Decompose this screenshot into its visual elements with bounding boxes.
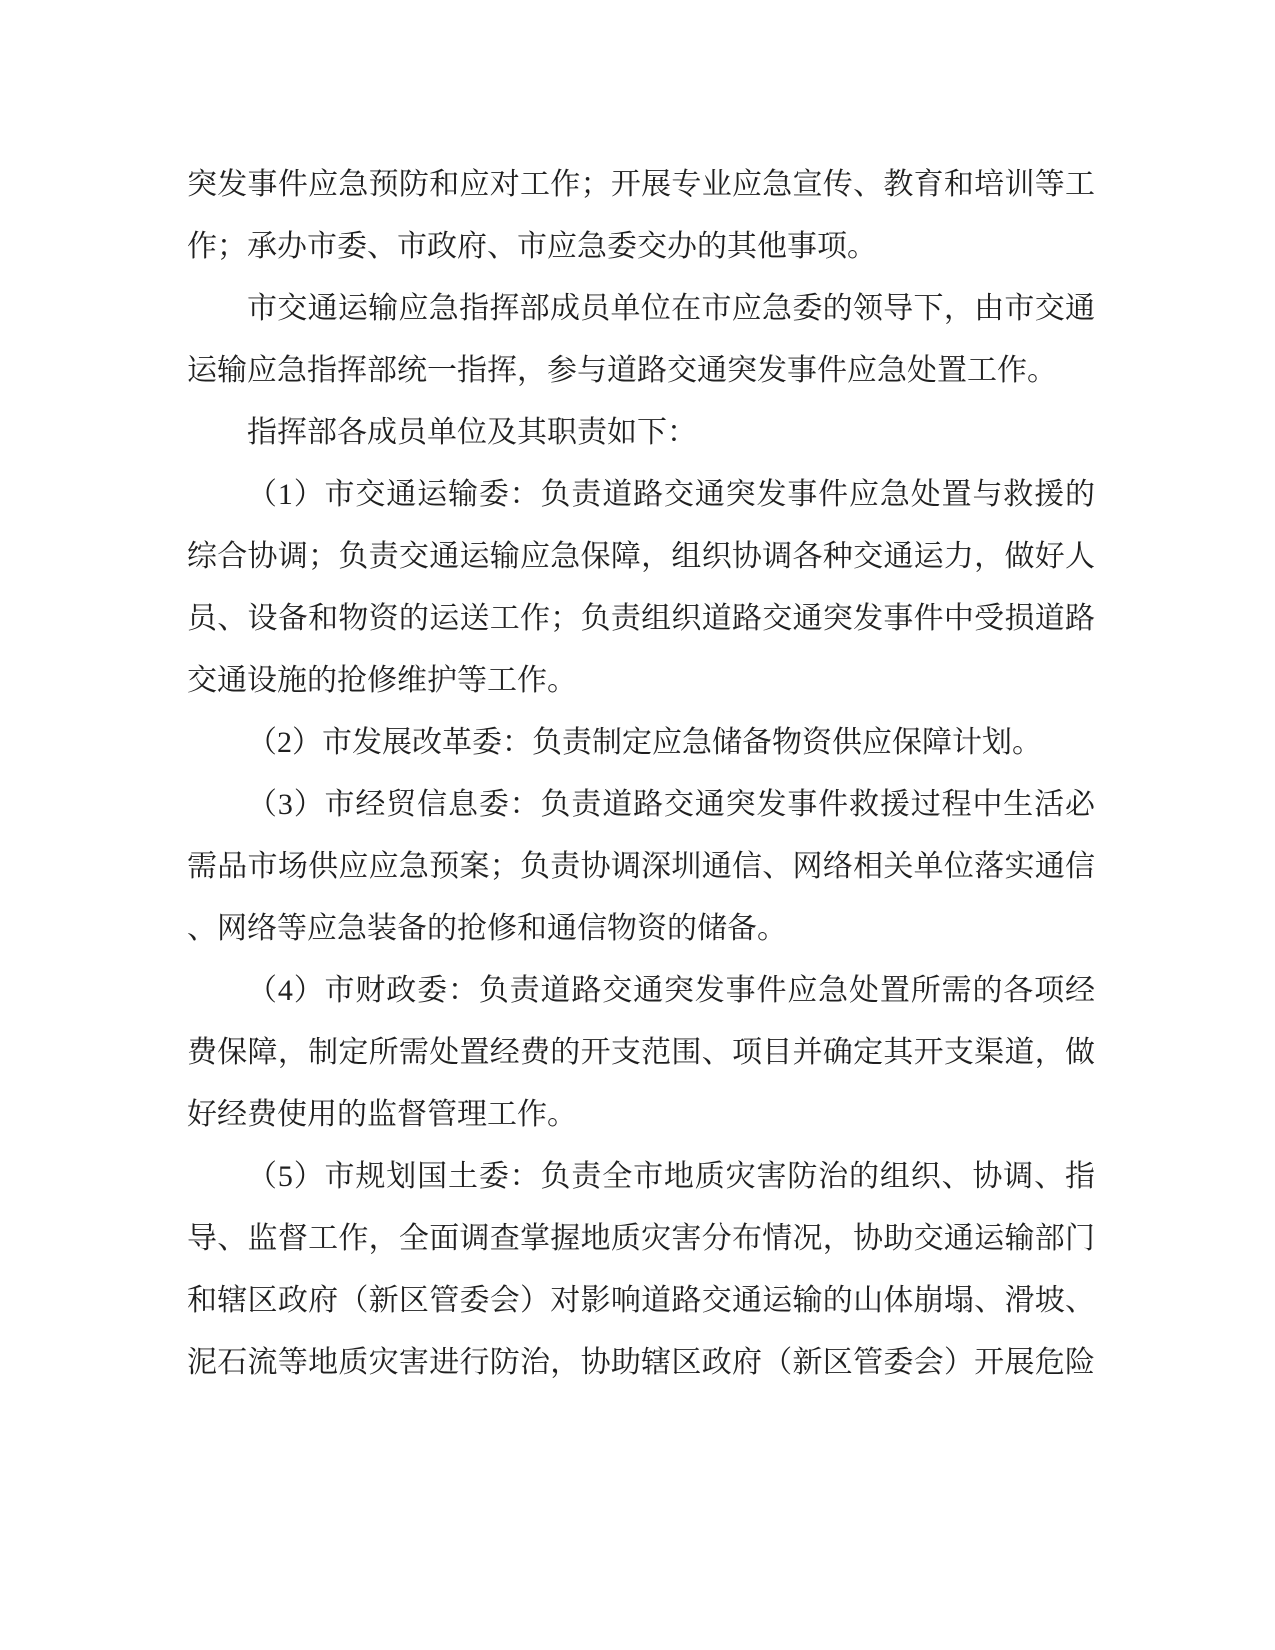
- paragraph-item-3: （3）市经贸信息委：负责道路交通突发事件救援过程中生活必 需品市场供应应急预案；…: [187, 774, 1095, 960]
- text-line: （2）市发展改革委：负责制定应急储备物资供应保障计划。: [187, 712, 1095, 774]
- text-line: 和辖区政府（新区管委会）对影响道路交通运输的山体崩塌、滑坡、: [187, 1270, 1095, 1332]
- text-line: 需品市场供应应急预案；负责协调深圳通信、网络相关单位落实通信: [187, 836, 1095, 898]
- text-line: （5）市规划国土委：负责全市地质灾害防治的组织、协调、指: [187, 1146, 1095, 1208]
- text-line: 泥石流等地质灾害进行防治，协助辖区政府（新区管委会）开展危险: [187, 1332, 1095, 1394]
- paragraph-item-4: （4）市财政委：负责道路交通突发事件应急处置所需的各项经 费保障，制定所需处置经…: [187, 960, 1095, 1146]
- text-line: 员、设备和物资的运送工作；负责组织道路交通突发事件中受损道路: [187, 588, 1095, 650]
- text-line: 运输应急指挥部统一指挥，参与道路交通突发事件应急处置工作。: [187, 340, 1095, 402]
- text-line: （1）市交通运输委：负责道路交通突发事件应急处置与救援的: [187, 464, 1095, 526]
- text-line: 市交通运输应急指挥部成员单位在市应急委的领导下，由市交通: [187, 278, 1095, 340]
- text-line: 指挥部各成员单位及其职责如下：: [187, 402, 1095, 464]
- paragraph: 市交通运输应急指挥部成员单位在市应急委的领导下，由市交通 运输应急指挥部统一指挥…: [187, 278, 1095, 402]
- text-line: （3）市经贸信息委：负责道路交通突发事件救援过程中生活必: [187, 774, 1095, 836]
- paragraph: 指挥部各成员单位及其职责如下：: [187, 402, 1095, 464]
- text-line: 导、监督工作，全面调查掌握地质灾害分布情况，协助交通运输部门: [187, 1208, 1095, 1270]
- text-line: 突发事件应急预防和应对工作；开展专业应急宣传、教育和培训等工: [187, 154, 1095, 216]
- text-line: 好经费使用的监督管理工作。: [187, 1084, 1095, 1146]
- text-line: 综合协调；负责交通运输应急保障，组织协调各种交通运力，做好人: [187, 526, 1095, 588]
- text-line: 作；承办市委、市政府、市应急委交办的其他事项。: [187, 216, 1095, 278]
- paragraph-item-5: （5）市规划国土委：负责全市地质灾害防治的组织、协调、指 导、监督工作，全面调查…: [187, 1146, 1095, 1394]
- document-page: 突发事件应急预防和应对工作；开展专业应急宣传、教育和培训等工 作；承办市委、市政…: [0, 0, 1275, 1650]
- text-line: 、网络等应急装备的抢修和通信物资的储备。: [187, 898, 1095, 960]
- paragraph-item-1: （1）市交通运输委：负责道路交通突发事件应急处置与救援的 综合协调；负责交通运输…: [187, 464, 1095, 712]
- document-body: 突发事件应急预防和应对工作；开展专业应急宣传、教育和培训等工 作；承办市委、市政…: [187, 154, 1095, 1394]
- text-line: 交通设施的抢修维护等工作。: [187, 650, 1095, 712]
- text-line: （4）市财政委：负责道路交通突发事件应急处置所需的各项经: [187, 960, 1095, 1022]
- paragraph-item-2: （2）市发展改革委：负责制定应急储备物资供应保障计划。: [187, 712, 1095, 774]
- text-line: 费保障，制定所需处置经费的开支范围、项目并确定其开支渠道，做: [187, 1022, 1095, 1084]
- paragraph-continuation: 突发事件应急预防和应对工作；开展专业应急宣传、教育和培训等工 作；承办市委、市政…: [187, 154, 1095, 278]
